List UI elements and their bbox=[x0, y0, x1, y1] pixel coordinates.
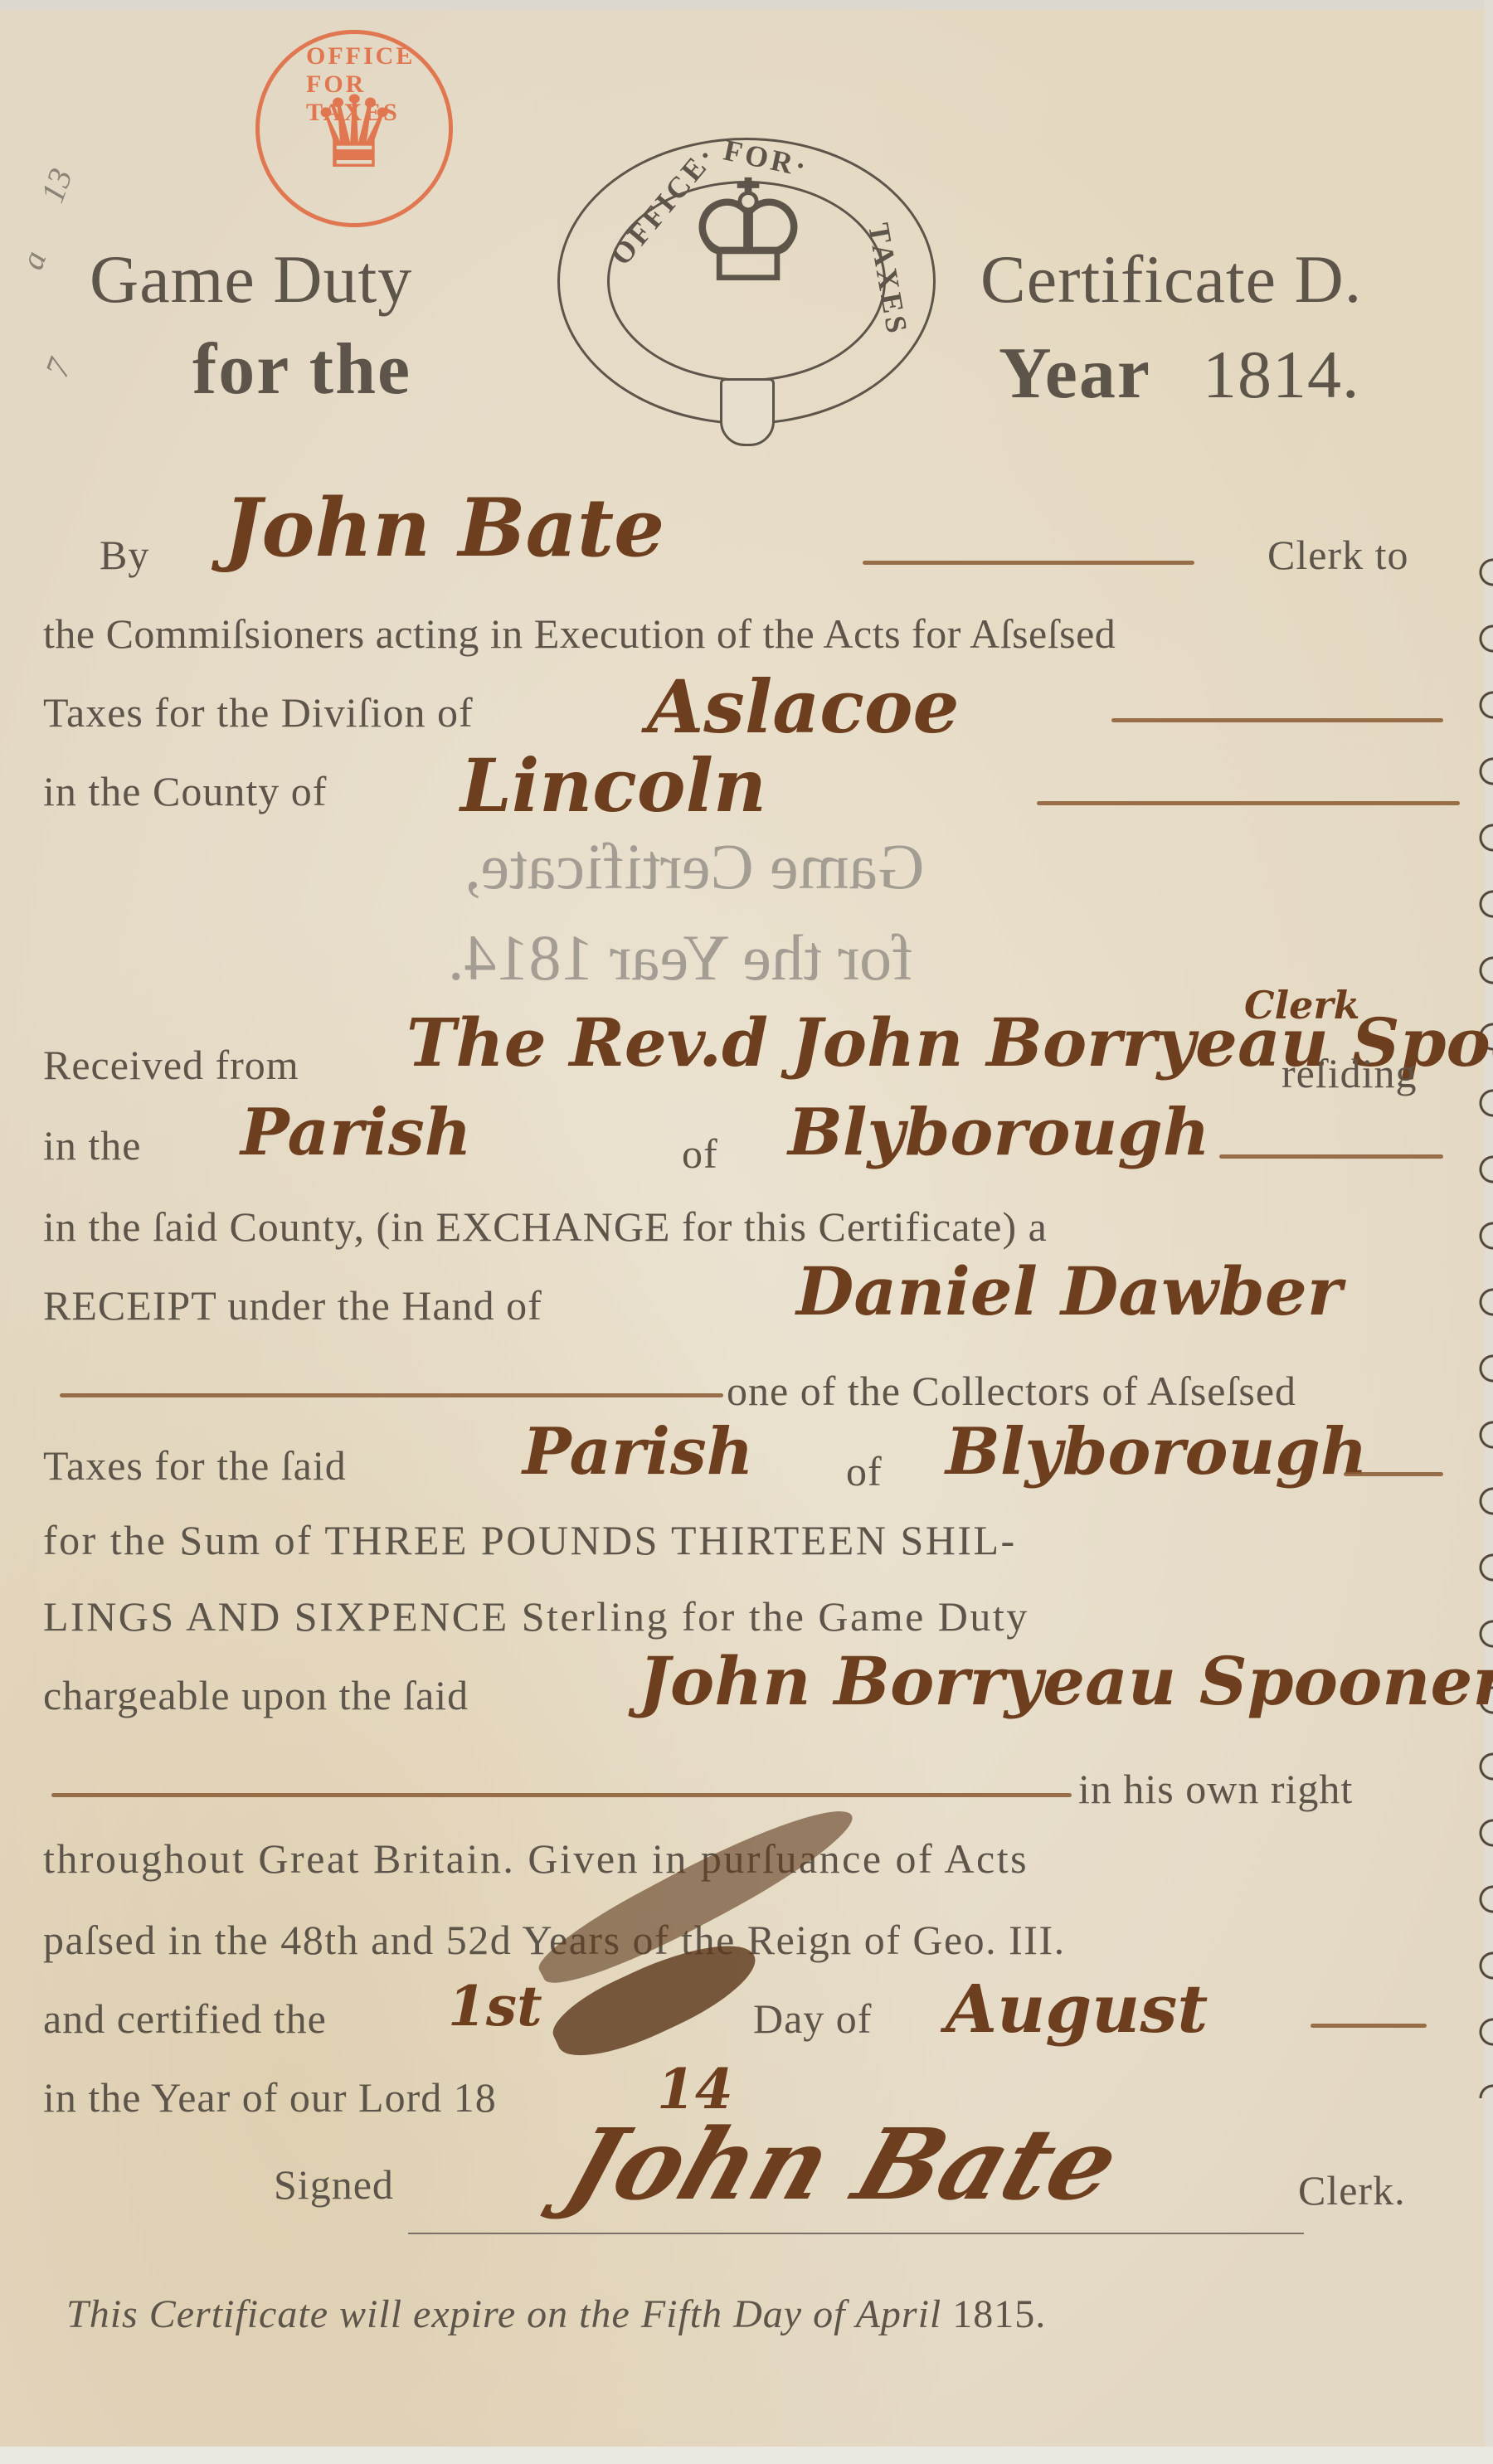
text-one-of-collectors: one of the Collectors of Aſseſsed bbox=[727, 1367, 1296, 1415]
text-clerk: Clerk. bbox=[1298, 2166, 1406, 2214]
handwritten-chargeable-name: John Borryeau Spooner bbox=[639, 1642, 1493, 1720]
seal-clasp bbox=[720, 378, 775, 446]
expiry-text: This Certificate will expire on the Fift… bbox=[66, 2292, 941, 2336]
signature-line bbox=[408, 2233, 1304, 2234]
handwritten-county: Lincoln bbox=[460, 742, 766, 829]
text-year-of-our-lord: in the Year of our Lord 18 bbox=[43, 2073, 497, 2121]
text-of: of bbox=[846, 1447, 883, 1495]
text-in-his-own-right: in his own right bbox=[1078, 1765, 1353, 1813]
scalloped-border-right bbox=[1468, 539, 1493, 2098]
expiry-year: 1815. bbox=[952, 2292, 1046, 2336]
fill-line bbox=[1311, 2024, 1427, 2028]
text-certified-the: and certified the bbox=[43, 1995, 327, 2043]
crown-icon: ♔ bbox=[685, 163, 811, 304]
text-sixpence-line: LINGS AND SIXPENCE Sterling for the Game… bbox=[43, 1592, 1029, 1640]
text-county-of: in the County of bbox=[43, 767, 327, 815]
text-residing: reſiding bbox=[1281, 1049, 1418, 1097]
handwritten-collector-name: Daniel Dawber bbox=[796, 1252, 1342, 1330]
header-certificate-d: Certificate D. bbox=[980, 241, 1362, 318]
text-of: of bbox=[682, 1130, 718, 1178]
fill-line bbox=[60, 1393, 723, 1397]
text-received-from: Received from bbox=[43, 1041, 299, 1089]
text-taxes-for-said: Taxes for the ſaid bbox=[43, 1441, 347, 1490]
text-great-britain-line: throughout Great Britain. Given in purſu… bbox=[43, 1835, 1029, 1883]
text-signed: Signed bbox=[274, 2160, 394, 2209]
mirrored-offset-stamp-line2: for the Year 1814. bbox=[448, 921, 913, 995]
lion-crown-icon: ♛ bbox=[309, 84, 399, 183]
header-year-number: 1814. bbox=[1203, 336, 1360, 414]
text-in-the: in the bbox=[43, 1121, 141, 1169]
text-by: By bbox=[100, 531, 149, 579]
fill-line bbox=[863, 561, 1194, 565]
fill-line bbox=[1037, 801, 1460, 805]
text-division-of: Taxes for the Diviſion of bbox=[43, 688, 474, 736]
handwritten-division: Aslacoe bbox=[647, 663, 960, 750]
header-for-the: for the bbox=[192, 328, 411, 411]
handwritten-recipient-title: Clerk bbox=[1244, 983, 1359, 1028]
text-chargeable-upon: chargeable upon the ſaid bbox=[43, 1671, 469, 1719]
text-receipt-under-hand: RECEIPT under the Hand of bbox=[43, 1281, 542, 1329]
text-sum-line: for the Sum of THREE POUNDS THIRTEEN SHI… bbox=[43, 1516, 1017, 1564]
handwritten-clerk-name: John Bate bbox=[224, 481, 664, 575]
text-exchange-line: in the ſaid County, (in EXCHANGE for thi… bbox=[43, 1203, 1048, 1251]
handwritten-signature: John Bate bbox=[553, 2107, 1132, 2222]
handwritten-parish-type: Parish bbox=[241, 1095, 471, 1170]
expiry-notice: This Certificate will expire on the Fift… bbox=[66, 2291, 1046, 2337]
office-for-taxes-seal: OFFICE· FOR· TAXES ♔ bbox=[557, 138, 939, 443]
handwritten-parish-type-2: Parish bbox=[523, 1414, 753, 1490]
header-game-duty: Game Duty bbox=[90, 241, 412, 318]
handwritten-certified-month: August bbox=[946, 1970, 1208, 2048]
red-tax-office-stamp: OFFICE FOR TAXES ♛ bbox=[255, 30, 453, 227]
fill-line bbox=[51, 1793, 1072, 1797]
text-commissioners-line: the Commiſsioners acting in Execution of… bbox=[43, 610, 1116, 658]
text-day-of: Day of bbox=[753, 1995, 872, 2043]
scalloped-border-left bbox=[0, 506, 13, 2289]
header-year-word: Year bbox=[999, 332, 1151, 416]
text-clerk-to: Clerk to bbox=[1267, 531, 1408, 579]
fill-line bbox=[1111, 718, 1443, 722]
fill-line bbox=[1219, 1154, 1443, 1159]
handwritten-certified-day: 1st bbox=[448, 1974, 542, 2039]
fill-line bbox=[1344, 1472, 1443, 1476]
handwritten-parish-name-2: Blyborough bbox=[946, 1414, 1368, 1490]
frame-bottom-edge bbox=[0, 2447, 1493, 2464]
handwritten-parish-name: Blyborough bbox=[788, 1095, 1210, 1170]
mirrored-offset-stamp-line1: Game Certificate, bbox=[464, 829, 924, 904]
